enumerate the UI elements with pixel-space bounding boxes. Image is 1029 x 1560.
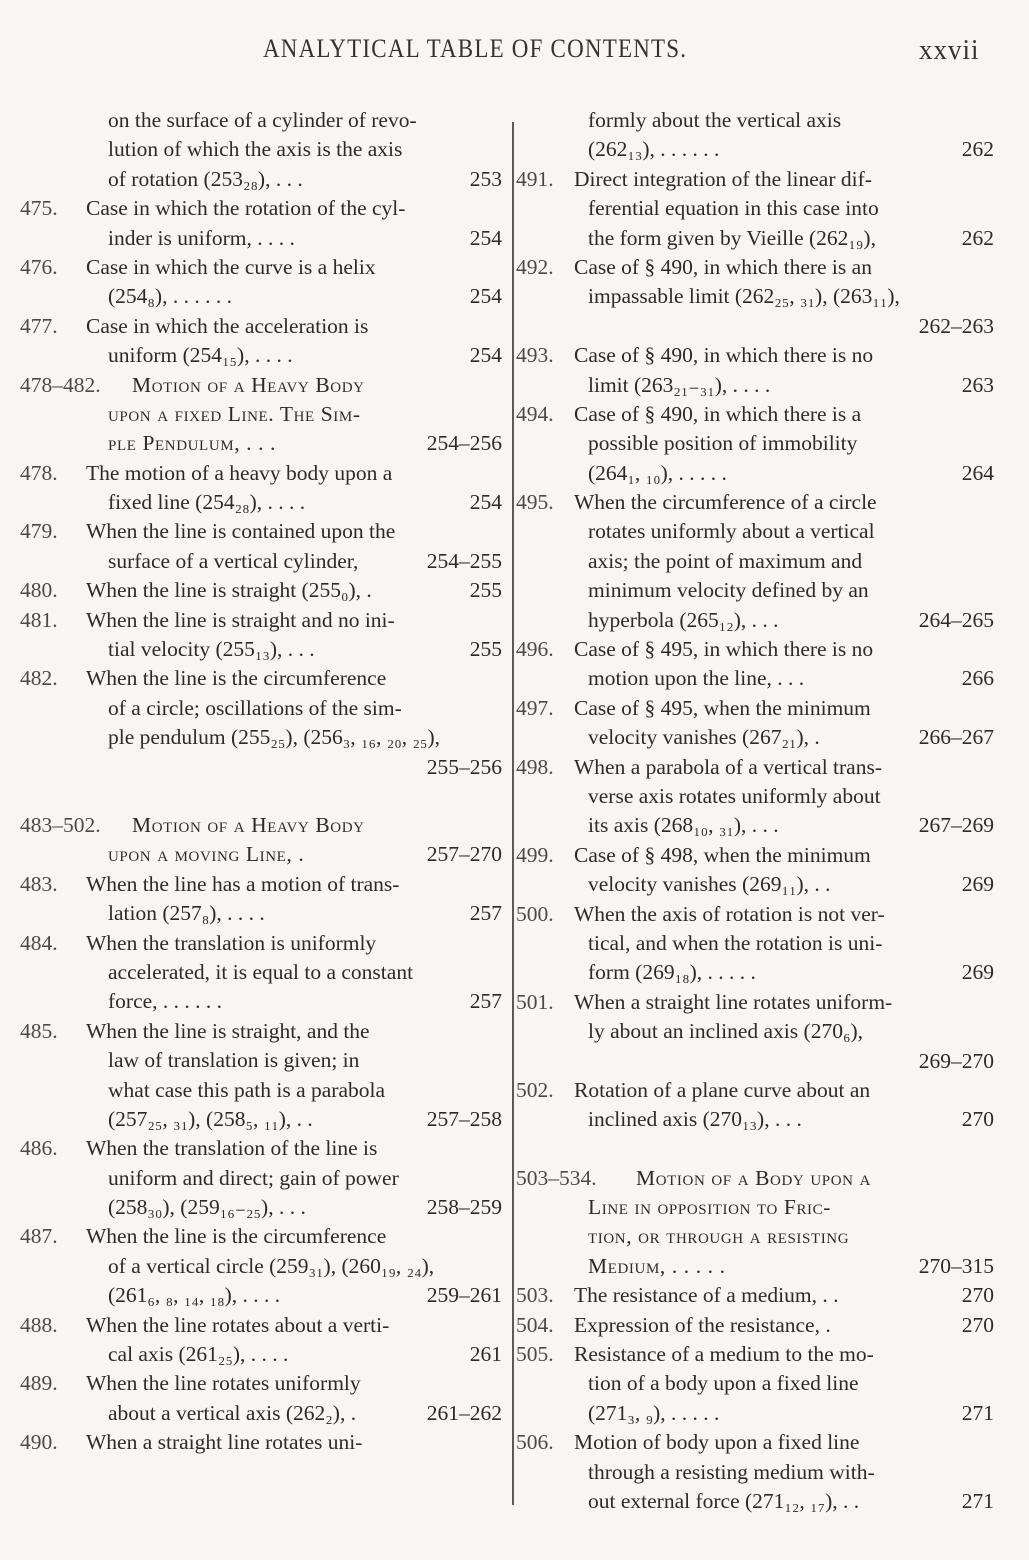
- toc-line: ly about an inclined axis (270₆),: [516, 1017, 994, 1046]
- toc-line: 482.When the line is the circumference: [20, 664, 502, 693]
- entry-text: When a straight line rotates uni-: [86, 1428, 362, 1457]
- entry-text: ple pendulum (255₂₅), (256₃, ₁₆, ₂₀, ₂₅)…: [108, 723, 440, 752]
- toc-entry: 481.When the line is straight and no ini…: [20, 606, 502, 665]
- page-reference[interactable]: 270–315: [919, 1252, 994, 1281]
- toc-entry: 497.Case of § 495, when the minimumveloc…: [516, 694, 994, 753]
- entry-text: When the line is the circumference: [86, 664, 386, 693]
- article-number: 476.: [20, 253, 58, 282]
- article-number: 478–482.: [20, 371, 101, 400]
- toc-line: 269–270: [516, 1047, 994, 1076]
- page-reference[interactable]: 257: [470, 987, 502, 1016]
- toc-line: 494.Case of § 490, in which there is a: [516, 400, 994, 429]
- toc-line: 506.Motion of body upon a fixed line: [516, 1428, 994, 1457]
- toc-line: upon a fixed Line. The Sim-: [20, 400, 502, 429]
- toc-line: uniform (254₁₅), . . . .254: [20, 341, 502, 370]
- toc-line: 501.When a straight line rotates uniform…: [516, 988, 994, 1017]
- entry-text: (254₈), . . . . . .: [108, 282, 232, 311]
- entry-text: When a straight line rotates uniform-: [574, 988, 892, 1017]
- toc-line: of a circle; oscillations of the sim-: [20, 694, 502, 723]
- article-number: 475.: [20, 194, 58, 223]
- page-reference[interactable]: 270: [962, 1281, 994, 1310]
- article-number: 481.: [20, 606, 58, 635]
- toc-line: verse axis rotates uniformly about: [516, 782, 994, 811]
- toc-line: velocity vanishes (269₁₁), . .269: [516, 870, 994, 899]
- toc-entry: 504.Expression of the resistance, .270: [516, 1311, 994, 1340]
- article-number: 484.: [20, 929, 58, 958]
- entry-text: on the surface of a cylinder of revo-: [108, 106, 417, 135]
- toc-line: of a vertical circle (259₃₁), (260₁₉, ₂₄…: [20, 1252, 502, 1281]
- entry-text: Motion of a Heavy Body: [132, 371, 365, 400]
- entry-text: axis; the point of maximum and: [588, 547, 862, 576]
- page-reference[interactable]: 263: [962, 371, 994, 400]
- toc-line: (254₈), . . . . . .254: [20, 282, 502, 311]
- toc-entry: 505.Resistance of a medium to the mo-tio…: [516, 1340, 994, 1428]
- page-reference[interactable]: 266: [962, 664, 994, 693]
- article-number: 499.: [516, 841, 554, 870]
- article-number: 505.: [516, 1340, 554, 1369]
- toc-line: ple Pendulum, . . .254–256: [20, 429, 502, 458]
- article-number: 479.: [20, 517, 58, 546]
- toc-line: tical, and when the rotation is uni-: [516, 929, 994, 958]
- page-reference[interactable]: 267–269: [919, 811, 994, 840]
- entry-text: uniform (254₁₅), . . . .: [108, 341, 293, 370]
- article-number: 478.: [20, 459, 58, 488]
- entry-text: Expression of the resistance, .: [574, 1311, 831, 1340]
- entry-text: lation (257₈), . . . .: [108, 899, 265, 928]
- toc-line: (264₁, ₁₀), . . . . .264: [516, 459, 994, 488]
- toc-line: (262₁₃), . . . . . .262: [516, 135, 994, 164]
- entry-text: When a parabola of a vertical trans-: [574, 753, 882, 782]
- page-header: ANALYTICAL TABLE OF CONTENTS. xxvii: [0, 32, 1029, 72]
- toc-line: Line in opposition to Fric-: [516, 1193, 994, 1222]
- toc-line: 485.When the line is straight, and the: [20, 1017, 502, 1046]
- toc-line: 500.When the axis of rotation is not ver…: [516, 900, 994, 929]
- entry-text: of a vertical circle (259₃₁), (260₁₉, ₂₄…: [108, 1252, 434, 1281]
- toc-line: 481.When the line is straight and no ini…: [20, 606, 502, 635]
- entry-text: ple Pendulum, . . .: [108, 429, 276, 458]
- entry-text: When the line is straight and no ini-: [86, 606, 395, 635]
- toc-line: 488.When the line rotates about a verti-: [20, 1311, 502, 1340]
- entry-text: Rotation of a plane curve about an: [574, 1076, 870, 1105]
- entry-text: ly about an inclined axis (270₆),: [588, 1017, 863, 1046]
- toc-line: 503–534.Motion of a Body upon a: [516, 1164, 994, 1193]
- toc-line: formly about the vertical axis: [516, 106, 994, 135]
- article-number: 501.: [516, 988, 554, 1017]
- toc-line: 489.When the line rotates uniformly: [20, 1369, 502, 1398]
- page-reference[interactable]: 270: [962, 1105, 994, 1134]
- toc-entry: 492.Case of § 490, in which there is ani…: [516, 253, 994, 341]
- entry-text: (262₁₃), . . . . . .: [588, 135, 719, 164]
- entry-text: possible position of immobility: [588, 429, 857, 458]
- entry-text: inder is uniform, . . . .: [108, 224, 295, 253]
- toc-entry: 506.Motion of body upon a fixed linethro…: [516, 1428, 994, 1516]
- toc-entry: 483.When the line has a motion of trans-…: [20, 870, 502, 929]
- toc-entry: 480.When the line is straight (255₀), .2…: [20, 576, 502, 605]
- toc-line: of rotation (253₂₈), . . .253: [20, 165, 502, 194]
- article-number: 504.: [516, 1311, 554, 1340]
- entry-text: (271₃, ₉), . . . . .: [588, 1399, 719, 1428]
- toc-line: 487.When the line is the circumference: [20, 1222, 502, 1251]
- toc-entry: 482.When the line is the circumferenceof…: [20, 664, 502, 782]
- toc-line: hyperbola (265₁₂), . . .264–265: [516, 606, 994, 635]
- entry-text: tial velocity (255₁₃), . . .: [108, 635, 315, 664]
- column-divider: [512, 122, 514, 1505]
- entry-text: motion upon the line, . . .: [588, 664, 804, 693]
- entry-text: fixed line (254₂₈), . . . .: [108, 488, 305, 517]
- toc-line: 479.When the line is contained upon the: [20, 517, 502, 546]
- entry-text: of rotation (253₂₈), . . .: [108, 165, 303, 194]
- section-heading-entry: 483–502.Motion of a Heavy Bodyupon a mov…: [20, 811, 502, 870]
- toc-line: out external force (271₁₂, ₁₇), . .271: [516, 1487, 994, 1516]
- toc-line: 255–256: [20, 753, 502, 782]
- toc-entry: 496.Case of § 495, in which there is nom…: [516, 635, 994, 694]
- toc-line: Medium, . . . . .270–315: [516, 1252, 994, 1281]
- entry-text: Case of § 495, when the minimum: [574, 694, 871, 723]
- entry-text: Medium, . . . . .: [588, 1252, 726, 1281]
- entry-text: Motion of body upon a fixed line: [574, 1428, 859, 1457]
- toc-entry: 501.When a straight line rotates uniform…: [516, 988, 994, 1076]
- entry-text: Resistance of a medium to the mo-: [574, 1340, 874, 1369]
- entry-text: When the translation of the line is: [86, 1134, 377, 1163]
- toc-line: axis; the point of maximum and: [516, 547, 994, 576]
- toc-line: 486.When the translation of the line is: [20, 1134, 502, 1163]
- article-number: 492.: [516, 253, 554, 282]
- article-number: 491.: [516, 165, 554, 194]
- entry-text: velocity vanishes (267₂₁), .: [588, 723, 820, 752]
- entry-text: Motion of a Body upon a: [636, 1164, 871, 1193]
- page-reference[interactable]: 269: [962, 870, 994, 899]
- article-number: 498.: [516, 753, 554, 782]
- entry-text: Case of § 490, in which there is an: [574, 253, 872, 282]
- article-number: 483.: [20, 870, 58, 899]
- article-number: 493.: [516, 341, 554, 370]
- toc-line: 493.Case of § 490, in which there is no: [516, 341, 994, 370]
- toc-entry: 502.Rotation of a plane curve about anin…: [516, 1076, 994, 1135]
- section-spacer: [516, 1135, 994, 1164]
- entry-text: When the line is the circumference: [86, 1222, 386, 1251]
- article-number: 496.: [516, 635, 554, 664]
- page-reference[interactable]: 254: [470, 224, 502, 253]
- toc-entry: 486.When the translation of the line isu…: [20, 1134, 502, 1222]
- page-reference[interactable]: 254–256: [427, 429, 502, 458]
- toc-line: 504.Expression of the resistance, .270: [516, 1311, 994, 1340]
- entry-text: Line in opposition to Fric-: [588, 1193, 831, 1222]
- page-number: xxvii: [919, 34, 980, 67]
- entry-text: minimum velocity defined by an: [588, 576, 869, 605]
- entry-text: upon a fixed Line. The Sim-: [108, 400, 361, 429]
- toc-line: 497.Case of § 495, when the minimum: [516, 694, 994, 723]
- toc-line: force, . . . . . .257: [20, 987, 502, 1016]
- page-reference[interactable]: 255: [470, 635, 502, 664]
- entry-text: When the axis of rotation is not ver-: [574, 900, 885, 929]
- toc-line: uniform and direct; gain of power: [20, 1164, 502, 1193]
- entry-text: (264₁, ₁₀), . . . . .: [588, 459, 727, 488]
- page-reference[interactable]: 259–261: [427, 1281, 502, 1310]
- toc-line: lation (257₈), . . . .257: [20, 899, 502, 928]
- entry-text: inclined axis (270₁₃), . . .: [588, 1105, 802, 1134]
- entry-text: When the line is straight (255₀), .: [86, 576, 372, 605]
- entry-text: verse axis rotates uniformly about: [588, 782, 881, 811]
- toc-line: (258₃₀), (259₁₆₋₂₅), . . .258–259: [20, 1193, 502, 1222]
- page-reference[interactable]: 257: [470, 899, 502, 928]
- page-reference[interactable]: 266–267: [919, 723, 994, 752]
- toc-line: through a resisting medium with-: [516, 1458, 994, 1487]
- toc-entry: 490.When a straight line rotates uni-: [20, 1428, 502, 1457]
- page-reference[interactable]: 264–265: [919, 606, 994, 635]
- page-reference[interactable]: 254: [470, 488, 502, 517]
- entry-text: Direct integration of the linear dif-: [574, 165, 872, 194]
- entry-text: law of translation is given; in: [108, 1046, 359, 1075]
- toc-line: cal axis (261₂₅), . . . .261: [20, 1340, 502, 1369]
- entry-text: When the line rotates uniformly: [86, 1369, 361, 1398]
- toc-entry: 500.When the axis of rotation is not ver…: [516, 900, 994, 988]
- entry-text: tion of a body upon a fixed line: [588, 1369, 858, 1398]
- toc-line: tial velocity (255₁₃), . . .255: [20, 635, 502, 664]
- entry-text: about a vertical axis (262₂), .: [108, 1399, 356, 1428]
- toc-line: tion, or through a resisting: [516, 1222, 994, 1251]
- toc-line: fixed line (254₂₈), . . . .254: [20, 488, 502, 517]
- page-reference[interactable]: 269–270: [919, 1047, 994, 1076]
- entry-text: what case this path is a parabola: [108, 1076, 385, 1105]
- section-heading-entry: 478–482.Motion of a Heavy Bodyupon a fix…: [20, 371, 502, 459]
- page-reference[interactable]: 257–270: [427, 840, 502, 869]
- toc-line: on the surface of a cylinder of revo-: [20, 106, 502, 135]
- article-number: 487.: [20, 1222, 58, 1251]
- article-number: 480.: [20, 576, 58, 605]
- page-reference[interactable]: 262: [962, 135, 994, 164]
- toc-line: surface of a vertical cylinder,254–255: [20, 547, 502, 576]
- toc-entry: 494.Case of § 490, in which there is apo…: [516, 400, 994, 488]
- entry-text: form (269₁₈), . . . . .: [588, 958, 756, 987]
- toc-entry: 491.Direct integration of the linear dif…: [516, 165, 994, 253]
- entry-text: rotates uniformly about a vertical: [588, 517, 875, 546]
- article-number: 506.: [516, 1428, 554, 1457]
- toc-entry: formly about the vertical axis(262₁₃), .…: [516, 106, 994, 165]
- toc-line: 495.When the circumference of a circle: [516, 488, 994, 517]
- toc-line: (257₂₅, ₃₁), (258₅, ₁₁), . .257–258: [20, 1105, 502, 1134]
- page-reference[interactable]: 255: [470, 576, 502, 605]
- toc-entry: 479.When the line is contained upon thes…: [20, 517, 502, 576]
- page-reference[interactable]: 254: [470, 282, 502, 311]
- toc-entry: 499.Case of § 498, when the minimumveloc…: [516, 841, 994, 900]
- toc-entry: 484.When the translation is uniformlyacc…: [20, 929, 502, 1017]
- page-reference[interactable]: 261–262: [427, 1399, 502, 1428]
- entry-text: (257₂₅, ₃₁), (258₅, ₁₁), . .: [108, 1105, 313, 1134]
- running-title: ANALYTICAL TABLE OF CONTENTS.: [263, 34, 687, 64]
- entry-text: When the line is straight, and the: [86, 1017, 370, 1046]
- toc-line: motion upon the line, . . .266: [516, 664, 994, 693]
- toc-line: 480.When the line is straight (255₀), .2…: [20, 576, 502, 605]
- page-reference[interactable]: 269: [962, 958, 994, 987]
- toc-entry: 477.Case in which the acceleration isuni…: [20, 312, 502, 371]
- toc-line: (261₆, ₈, ₁₄, ₁₈), . . . .259–261: [20, 1281, 502, 1310]
- entry-text: When the translation is uniformly: [86, 929, 376, 958]
- entry-text: force, . . . . . .: [108, 987, 222, 1016]
- entry-text: Case in which the acceleration is: [86, 312, 368, 341]
- entry-text: Case of § 490, in which there is a: [574, 400, 861, 429]
- toc-line: 483.When the line has a motion of trans-: [20, 870, 502, 899]
- toc-entry: 475.Case in which the rotation of the cy…: [20, 194, 502, 253]
- toc-line: form (269₁₈), . . . . .269: [516, 958, 994, 987]
- entry-text: through a resisting medium with-: [588, 1458, 875, 1487]
- toc-line: 491.Direct integration of the linear dif…: [516, 165, 994, 194]
- toc-line: inclined axis (270₁₃), . . .270: [516, 1105, 994, 1134]
- toc-line: 496.Case of § 495, in which there is no: [516, 635, 994, 664]
- entry-text: tical, and when the rotation is uni-: [588, 929, 882, 958]
- article-number: 503.: [516, 1281, 554, 1310]
- toc-line: 484.When the translation is uniformly: [20, 929, 502, 958]
- entry-text: lution of which the axis is the axis: [108, 135, 402, 164]
- toc-line: rotates uniformly about a vertical: [516, 517, 994, 546]
- article-number: 490.: [20, 1428, 58, 1457]
- toc-line: 478.The motion of a heavy body upon a: [20, 459, 502, 488]
- toc-line: minimum velocity defined by an: [516, 576, 994, 605]
- page-reference[interactable]: 254–255: [427, 547, 502, 576]
- toc-line: 499.Case of § 498, when the minimum: [516, 841, 994, 870]
- toc-line: 483–502.Motion of a Heavy Body: [20, 811, 502, 840]
- article-number: 500.: [516, 900, 554, 929]
- entry-text: the form given by Vieille (262₁₉),: [588, 224, 876, 253]
- page-reference[interactable]: 271: [962, 1487, 994, 1516]
- toc-line: accelerated, it is equal to a constant: [20, 958, 502, 987]
- entry-text: ferential equation in this case into: [588, 194, 879, 223]
- right-column: formly about the vertical axis(262₁₃), .…: [516, 106, 994, 1516]
- toc-line: 490.When a straight line rotates uni-: [20, 1428, 502, 1457]
- toc-entry: 476.Case in which the curve is a helix(2…: [20, 253, 502, 312]
- page-reference[interactable]: 270: [962, 1311, 994, 1340]
- article-number: 495.: [516, 488, 554, 517]
- entry-text: of a circle; oscillations of the sim-: [108, 694, 402, 723]
- page-reference[interactable]: 261: [470, 1340, 502, 1369]
- toc-line: impassable limit (262₂₅, ₃₁), (263₁₁),: [516, 282, 994, 311]
- entry-text: out external force (271₁₂, ₁₇), . .: [588, 1487, 859, 1516]
- article-number: 482.: [20, 664, 58, 693]
- toc-line: ferential equation in this case into: [516, 194, 994, 223]
- page-reference[interactable]: 255–256: [427, 753, 502, 782]
- article-number: 477.: [20, 312, 58, 341]
- page-reference[interactable]: 258–259: [427, 1193, 502, 1222]
- toc-line: what case this path is a parabola: [20, 1076, 502, 1105]
- toc-line: (271₃, ₉), . . . . .271: [516, 1399, 994, 1428]
- entry-text: hyperbola (265₁₂), . . .: [588, 606, 779, 635]
- toc-line: lution of which the axis is the axis: [20, 135, 502, 164]
- toc-line: inder is uniform, . . . .254: [20, 224, 502, 253]
- entry-text: cal axis (261₂₅), . . . .: [108, 1340, 288, 1369]
- entry-text: (258₃₀), (259₁₆₋₂₅), . . .: [108, 1193, 306, 1222]
- entry-text: When the line is contained upon the: [86, 517, 395, 546]
- toc-line: law of translation is given; in: [20, 1046, 502, 1075]
- entry-text: upon a moving Line, .: [108, 840, 304, 869]
- entry-text: Motion of a Heavy Body: [132, 811, 365, 840]
- entry-text: surface of a vertical cylinder,: [108, 547, 358, 576]
- entry-text: When the circumference of a circle: [574, 488, 877, 517]
- entry-text: velocity vanishes (269₁₁), . .: [588, 870, 830, 899]
- toc-line: about a vertical axis (262₂), .261–262: [20, 1399, 502, 1428]
- toc-entry: 485.When the line is straight, and thela…: [20, 1017, 502, 1135]
- toc-line: its axis (268₁₀, ₃₁), . . .267–269: [516, 811, 994, 840]
- entry-text: The resistance of a medium, . .: [574, 1281, 838, 1310]
- toc-entry: 503.The resistance of a medium, . .270: [516, 1281, 994, 1310]
- toc-entry: 493.Case of § 490, in which there is nol…: [516, 341, 994, 400]
- page-reference[interactable]: 253: [470, 165, 502, 194]
- toc-line: 478–482.Motion of a Heavy Body: [20, 371, 502, 400]
- entry-text: formly about the vertical axis: [588, 106, 841, 135]
- section-heading-entry: 503–534.Motion of a Body upon aLine in o…: [516, 1164, 994, 1282]
- toc-line: 502.Rotation of a plane curve about an: [516, 1076, 994, 1105]
- toc-entry: 487.When the line is the circumferenceof…: [20, 1222, 502, 1310]
- entry-text: its axis (268₁₀, ₃₁), . . .: [588, 811, 779, 840]
- toc-line: the form given by Vieille (262₁₉),262: [516, 224, 994, 253]
- article-number: 489.: [20, 1369, 58, 1398]
- toc-line: tion of a body upon a fixed line: [516, 1369, 994, 1398]
- toc-line: 492.Case of § 490, in which there is an: [516, 253, 994, 282]
- toc-line: ple pendulum (255₂₅), (256₃, ₁₆, ₂₀, ₂₅)…: [20, 723, 502, 752]
- entry-text: limit (263₂₁₋₃₁), . . . .: [588, 371, 770, 400]
- article-number: 486.: [20, 1134, 58, 1163]
- entry-text: Case in which the curve is a helix: [86, 253, 376, 282]
- toc-entry: 489.When the line rotates uniformlyabout…: [20, 1369, 502, 1428]
- entry-text: tion, or through a resisting: [588, 1222, 849, 1251]
- article-number: 483–502.: [20, 811, 101, 840]
- toc-line: 505.Resistance of a medium to the mo-: [516, 1340, 994, 1369]
- toc-line: 498.When a parabola of a vertical trans-: [516, 753, 994, 782]
- toc-line: velocity vanishes (267₂₁), .266–267: [516, 723, 994, 752]
- article-number: 502.: [516, 1076, 554, 1105]
- toc-line: possible position of immobility: [516, 429, 994, 458]
- toc-line: 475.Case in which the rotation of the cy…: [20, 194, 502, 223]
- article-number: 488.: [20, 1311, 58, 1340]
- page-reference[interactable]: 271: [962, 1399, 994, 1428]
- toc-entry: on the surface of a cylinder of revo-lut…: [20, 106, 502, 194]
- entry-text: Case in which the rotation of the cyl-: [86, 194, 405, 223]
- entry-text: When the line rotates about a verti-: [86, 1311, 389, 1340]
- toc-entry: 495.When the circumference of a circlero…: [516, 488, 994, 635]
- toc-entry: 478.The motion of a heavy body upon afix…: [20, 459, 502, 518]
- entry-text: accelerated, it is equal to a constant: [108, 958, 413, 987]
- article-number: 497.: [516, 694, 554, 723]
- toc-entry: 498.When a parabola of a vertical trans-…: [516, 753, 994, 841]
- entry-text: Case of § 490, in which there is no: [574, 341, 873, 370]
- entry-text: Case of § 495, in which there is no: [574, 635, 873, 664]
- page-reference[interactable]: 264: [962, 459, 994, 488]
- toc-line: 503.The resistance of a medium, . .270: [516, 1281, 994, 1310]
- page-reference[interactable]: 262: [962, 224, 994, 253]
- article-number: 485.: [20, 1017, 58, 1046]
- left-column: on the surface of a cylinder of revo-lut…: [20, 106, 502, 1458]
- entry-text: Case of § 498, when the minimum: [574, 841, 871, 870]
- toc-line: limit (263₂₁₋₃₁), . . . .263: [516, 371, 994, 400]
- entry-text: (261₆, ₈, ₁₄, ₁₈), . . . .: [108, 1281, 280, 1310]
- page-reference[interactable]: 254: [470, 341, 502, 370]
- article-number: 503–534.: [516, 1164, 597, 1193]
- entry-text: The motion of a heavy body upon a: [86, 459, 392, 488]
- entry-text: uniform and direct; gain of power: [108, 1164, 399, 1193]
- toc-line: upon a moving Line, .257–270: [20, 840, 502, 869]
- page-reference[interactable]: 262–263: [919, 312, 994, 341]
- toc-entry: 488.When the line rotates about a verti-…: [20, 1311, 502, 1370]
- section-spacer: [20, 782, 502, 811]
- entry-text: When the line has a motion of trans-: [86, 870, 399, 899]
- page-reference[interactable]: 257–258: [427, 1105, 502, 1134]
- toc-line: 262–263: [516, 312, 994, 341]
- toc-line: 476.Case in which the curve is a helix: [20, 253, 502, 282]
- toc-line: 477.Case in which the acceleration is: [20, 312, 502, 341]
- article-number: 494.: [516, 400, 554, 429]
- entry-text: impassable limit (262₂₅, ₃₁), (263₁₁),: [588, 282, 900, 311]
